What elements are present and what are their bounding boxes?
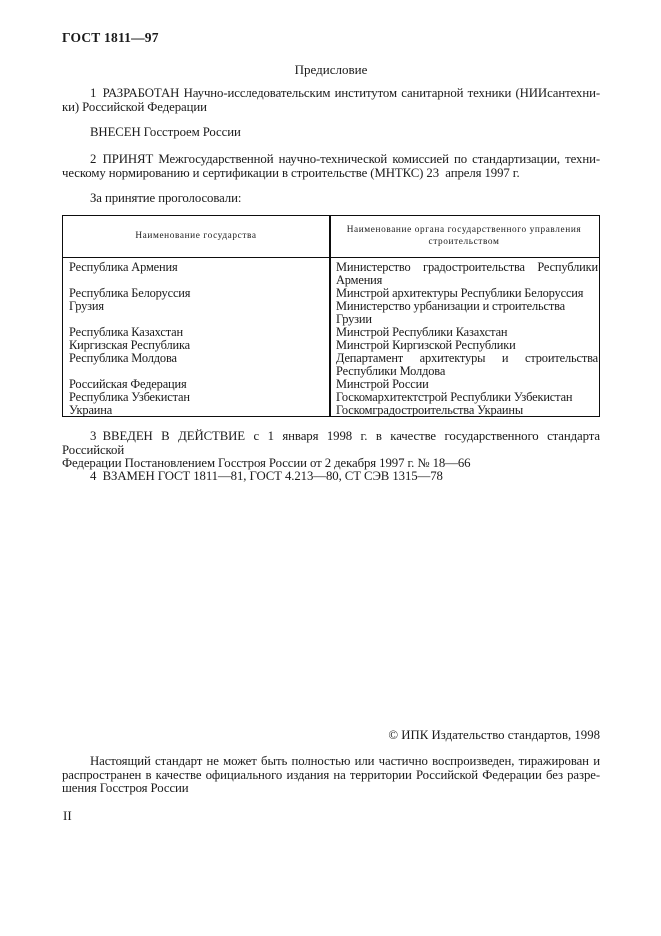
clause-4-replaces: 4 ВЗАМЕН ГОСТ 1811—81, ГОСТ 4.213—80, СТ…	[62, 470, 600, 484]
paragraph-line: 3 ВВЕДЕН В ДЕЙСТВИЕ с 1 января 1998 г. в…	[62, 430, 600, 457]
state-column-header: Наименование государства	[63, 216, 329, 257]
table-header-row: Наименование государства Наименование ор…	[63, 216, 599, 258]
paragraph-line: шения Госстроя России	[62, 782, 600, 796]
copyright-notice: © ИПК Издательство стандартов, 1998	[62, 728, 600, 743]
table-row: Украина Госкомградостроительства Украины	[63, 404, 599, 416]
authority-cell: Департамент архитектуры и строительства …	[329, 352, 599, 378]
voting-intro: За принятие проголосовали:	[62, 192, 600, 206]
paragraph-line: ВНЕСЕН Госстроем России	[62, 126, 600, 140]
table-column-divider	[329, 216, 331, 416]
state-cell: Грузия	[63, 300, 329, 326]
paragraph-line: За принятие проголосовали:	[62, 192, 600, 206]
authority-cell: Госкомградостроительства Украины	[329, 404, 599, 416]
paragraph-line: 2 ПРИНЯТ Межгосударственной научно-техни…	[62, 153, 600, 167]
paragraph-line: ки) Российской Федерации	[62, 101, 600, 115]
state-cell: Украина	[63, 404, 329, 416]
authority-column-header: Наименование органа государственного упр…	[329, 216, 599, 257]
paragraph-line: ческому нормированию и сертификации в ст…	[62, 167, 600, 181]
state-cell: Республика Армения	[63, 261, 329, 287]
doc-code: ГОСТ 1811—97	[62, 30, 159, 46]
paragraph-line: распространен в качестве официального из…	[62, 769, 600, 783]
authority-cell: Министерство урбанизации и строительства…	[329, 300, 599, 326]
state-cell: Республика Молдова	[63, 352, 329, 378]
paragraph-line: Настоящий стандарт не может быть полност…	[62, 755, 600, 769]
reproduction-restriction: Настоящий стандарт не может быть полност…	[62, 755, 600, 796]
clause-2-accepted: 2 ПРИНЯТ Межгосударственной научно-техни…	[62, 153, 600, 180]
clause-1-developed: 1 РАЗРАБОТАН Научно-исследовательским ин…	[62, 87, 600, 114]
table-body: Республика Армения Министерство градостр…	[63, 258, 599, 416]
table-row: Республика Армения Министерство градостр…	[63, 261, 599, 287]
foreword-title: Предисловие	[62, 62, 600, 78]
authority-cell: Министерство градостроительства Республи…	[329, 261, 599, 287]
clause-3-effective: 3 ВВЕДЕН В ДЕЙСТВИЕ с 1 января 1998 г. в…	[62, 430, 600, 471]
page-number: II	[63, 808, 72, 824]
document-page: ГОСТ 1811—97 Предисловие 1 РАЗРАБОТАН На…	[0, 0, 661, 936]
table-row: Грузия Министерство урбанизации и строит…	[63, 300, 599, 326]
table-row: Республика Молдова Департамент архитекту…	[63, 352, 599, 378]
paragraph-line: 1 РАЗРАБОТАН Научно-исследовательским ин…	[62, 87, 600, 101]
voting-table: Наименование государства Наименование ор…	[62, 215, 600, 417]
clause-submitted: ВНЕСЕН Госстроем России	[62, 126, 600, 140]
paragraph-line: 4 ВЗАМЕН ГОСТ 1811—81, ГОСТ 4.213—80, СТ…	[62, 470, 600, 484]
